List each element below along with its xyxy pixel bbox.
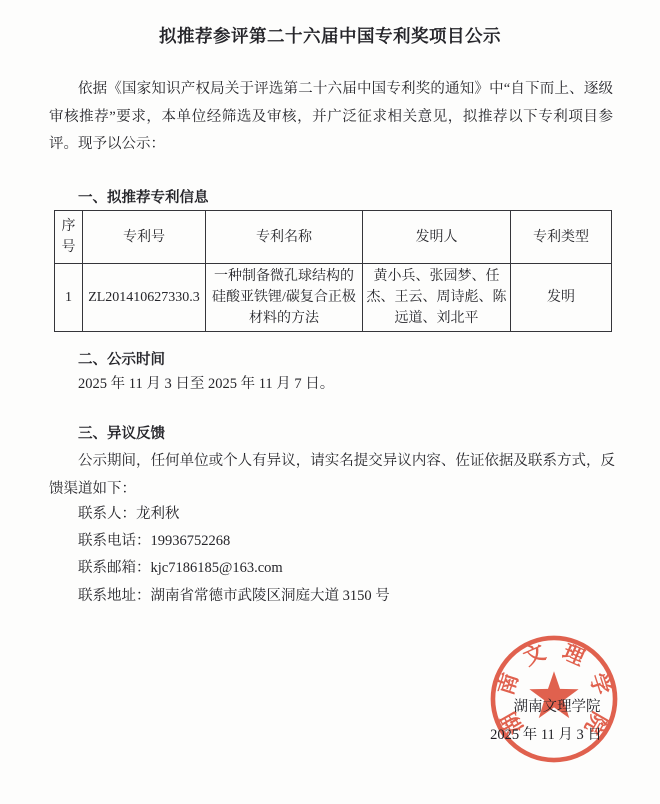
contact-address-line: 联系地址：湖南省常德市武陵区洞庭大道 3150 号 xyxy=(49,583,615,610)
table-row: 1 ZL201410627330.3 一种制备微孔球结构的硅酸亚铁锂/碳复合正极… xyxy=(55,264,612,332)
col-header-inventors: 发明人 xyxy=(363,211,511,264)
intro-paragraph: 依据《国家知识产权局关于评选第二十六届中国专利奖的通知》中“自下而上、逐级审核推… xyxy=(49,76,613,159)
patent-table-header-row: 序号 专利号 专利名称 发明人 专利类型 xyxy=(55,211,612,264)
cell-index: 1 xyxy=(55,264,83,332)
section-heading-publicity-period: 二、公示时间 xyxy=(49,348,165,369)
contact-person-line: 联系人：龙利秋 xyxy=(49,501,615,528)
col-header-patent-name: 专利名称 xyxy=(206,211,363,264)
cell-inventors: 黄小兵、张园梦、任杰、王云、周诗彪、陈远道、刘北平 xyxy=(363,264,511,332)
objection-feedback-text: 公示期间，任何单位或个人有异议，请实名提交异议内容、佐证依据及联系方式，反馈渠道… xyxy=(49,447,615,503)
col-header-patent-type: 专利类型 xyxy=(511,211,612,264)
col-header-patent-no: 专利号 xyxy=(83,211,206,264)
signature-organization: 湖南文理学院 xyxy=(486,695,628,716)
section-heading-patent-info: 一、拟推荐专利信息 xyxy=(49,186,209,207)
contact-info-block: 联系人：龙利秋 联系电话：19936752268 联系邮箱：kjc7186185… xyxy=(49,501,615,610)
page-title: 拟推荐参评第二十六届中国专利奖项目公示 xyxy=(0,23,660,48)
publicity-period-text: 2025 年 11 月 3 日至 2025 年 11 月 7 日。 xyxy=(49,372,334,393)
cell-patent-no: ZL201410627330.3 xyxy=(83,264,206,332)
patent-table: 序号 专利号 专利名称 发明人 专利类型 1 ZL201410627330.3 … xyxy=(54,210,612,332)
contact-phone-line: 联系电话：19936752268 xyxy=(49,528,615,555)
document-page: 拟推荐参评第二十六届中国专利奖项目公示 依据《国家知识产权局关于评选第二十六届中… xyxy=(0,0,660,804)
cell-patent-name: 一种制备微孔球结构的硅酸亚铁锂/碳复合正极材料的方法 xyxy=(206,264,363,332)
section-heading-objection-feedback: 三、异议反馈 xyxy=(49,422,165,443)
signature-date: 2025 年 11 月 3 日 xyxy=(473,723,619,744)
col-header-index: 序号 xyxy=(55,211,83,264)
cell-patent-type: 发明 xyxy=(511,264,612,332)
contact-email-line: 联系邮箱：kjc7186185@163.com xyxy=(49,555,615,582)
